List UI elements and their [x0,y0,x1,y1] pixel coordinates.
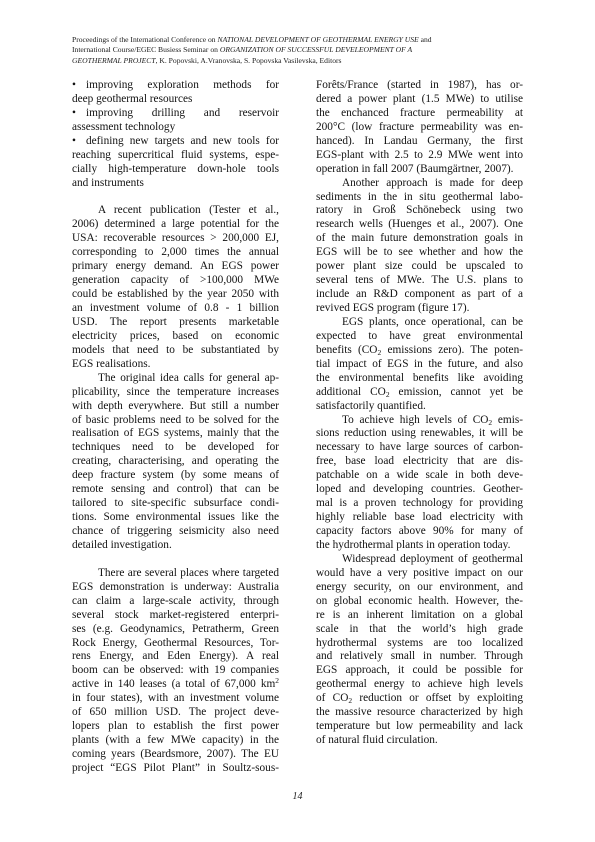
paragraph-spacer [72,553,279,567]
text-line: with depth everywhere. But still a numbe… [72,400,279,414]
text-line: tial impact of EGS in the future, and al… [316,358,523,372]
text-line: the enchanced fracture permeability at [316,107,523,121]
text-line: necessary to have large sources of carbo… [316,441,523,455]
text-line: Rock Energy, Geothermal Resources, Tor- [72,637,279,651]
text-line: dered a power plant (1.5 MWe) to utilise [316,93,523,107]
text-line: the environmental benefits like avoiding [316,372,523,386]
text-line: lopers plan to establish the first power [72,720,279,734]
paragraph-spacer [72,191,279,205]
body-paragraph: To achieve high levels of CO2 emis-sions… [316,414,523,553]
body-paragraph: There are several places where targetedE… [72,567,279,776]
text-line: primary energy demand. An EGS power [72,260,279,274]
text-line: an investment volume of 0.8 - 1 billion [72,302,279,316]
text-line: •defining new targets and new tools for [72,135,279,149]
text-line: corresponding to 2,000 times the annual [72,246,279,260]
text-line: EGS will be to see whether and how the [316,246,523,260]
text-line: operation in fall 2007 (Baumgärtner, 200… [316,163,523,177]
text-line: Widespread deployment of geothermal [316,553,523,567]
text-line: EGS approach, it could be possible for [316,664,523,678]
text-line: can claim a large-scale activity, throug… [72,595,279,609]
proceedings-header: Proceedings of the International Confere… [72,35,532,66]
text-line: re is an inherent limitation on a global [316,609,523,623]
text-line: The original idea calls for general ap- [72,372,279,386]
text-line: energy security, on our environment, and [316,581,523,595]
text-line: coming years (Beardsmore, 2007). The EU [72,748,279,762]
bullet-icon: • [72,135,86,149]
text-line: of CO2 reduction or offset by exploiting [316,692,523,706]
left-column: •improving exploration methods fordeep g… [72,79,279,776]
bullet-icon: • [72,79,86,93]
text-line: •improving exploration methods for [72,79,279,93]
text-line: several tens of MWe. The U.S. plans to [316,274,523,288]
text-line: mal is a proven technology for providing [316,497,523,511]
text-line: the hydrothermal plants in operation tod… [316,539,523,553]
body-paragraph: The original idea calls for general ap-p… [72,372,279,553]
body-paragraph: EGS plants, once operational, can beexpe… [316,316,523,414]
body-paragraph: A recent publication (Tester et al.,2006… [72,204,279,371]
text-line: active in 140 leases (a total of 67,000 … [72,678,279,692]
text-line: generation capacity of >100,000 MWe [72,274,279,288]
body-paragraph: Widespread deployment of geothermalwould… [316,553,523,748]
text-line: chance of triggering seismicity also nee… [72,525,279,539]
text-line: hydrothermal systems are too localized [316,637,523,651]
text-line: ratory in Groß Schönebeck using two [316,204,523,218]
text-line: on global economic health. However, the- [316,595,523,609]
bullet-item: •defining new targets and new tools forr… [72,135,279,191]
text-line: loped and developing countries. Geother- [316,483,523,497]
text-line: There are several places where targeted [72,567,279,581]
text-line: USD. The report presents marketable [72,316,279,330]
text-line: sediments in the in situ geothermal labo… [316,191,523,205]
text-line: temperature but low permeability and lac… [316,720,523,734]
text-line: research wells (Huenges et al., 2007). O… [316,218,523,232]
text-line: deep geothermal resources [72,93,279,107]
text-line: additional CO2 emission, cannot yet be [316,386,523,400]
text-line: patchable on a wide scale in both deve- [316,469,523,483]
text-line: A recent publication (Tester et al., [72,204,279,218]
text-line: of the main future demonstration goals i… [316,232,523,246]
text-line: highly reliable base load electricity wi… [316,511,523,525]
text-line: Forêts/France (started in 1987), has or- [316,79,523,93]
text-line: cially high-temperature down-hole tools [72,163,279,177]
text-line: realisation of EGS systems, mainly that … [72,427,279,441]
text-line: hanced). In Landau Germany, the first [316,135,523,149]
text-line: benefits (CO2 emissions zero). The poten… [316,344,523,358]
text-line: the massive resource characterized by hi… [316,706,523,720]
text-line: assessment technology [72,121,279,135]
text-line: plicability, since the temperature incre… [72,386,279,400]
text-line: creating, characterising, and operating … [72,455,279,469]
text-line: satisfactorily quantified. [316,400,523,414]
text-line: deep fracture system (by some means of [72,469,279,483]
bullet-icon: • [72,107,86,121]
text-line: tions. Some environmental issues like th… [72,511,279,525]
page-number: 14 [0,791,595,802]
header-line: International Course/EGEC Busiess Semina… [72,45,532,55]
body-paragraph: Forêts/France (started in 1987), has or-… [316,79,523,177]
text-line: ses (e.g. Geodynamics, Petratherm, Green [72,623,279,637]
text-line: •improving drilling and reservoir [72,107,279,121]
text-line: project “EGS Pilot Plant” in Soultz-sous… [72,762,279,776]
text-line: of natural fluid circulation. [316,734,523,748]
text-line: electricity prices, based on economic [72,330,279,344]
text-line: of 650 million USD. The project deve- [72,706,279,720]
text-line: USA: recoverable resources > 200,000 EJ, [72,232,279,246]
text-line: reaching supercritical fluid systems, es… [72,149,279,163]
text-line: several stock market-registered enterpri… [72,609,279,623]
text-line: scale in that the world’s high grade [316,623,523,637]
text-line: EGS-plant with 2.5 to 2.9 MWe went into [316,149,523,163]
right-column: Forêts/France (started in 1987), has or-… [316,79,523,748]
text-line: detailed investigation. [72,539,279,553]
text-line: could be established by the year 2050 wi… [72,288,279,302]
text-line: and instruments [72,177,279,191]
text-line: sions reduction using renewables, it wil… [316,427,523,441]
text-line: models that need to be substantiated by [72,344,279,358]
text-line: free, base load electricity that are dis… [316,455,523,469]
text-line: expected to have great environmental [316,330,523,344]
text-line: 200°C (low fracture permeability was en- [316,121,523,135]
body-paragraph: Another approach is made for deepsedimen… [316,177,523,316]
bullet-item: •improving drilling and reservoirassessm… [72,107,279,135]
bullet-item: •improving exploration methods fordeep g… [72,79,279,107]
text-line: capacity factors above 90% for many of [316,525,523,539]
text-line: boom can be observed: with 19 companies [72,664,279,678]
text-line: To achieve high levels of CO2 emis- [316,414,523,428]
text-line: rens Energy, and Eden Energy). A real [72,650,279,664]
text-line: would have a very positive impact on our [316,567,523,581]
text-line: EGS demonstration is underway: Australia [72,581,279,595]
text-line: include an R&D component as part of a [316,288,523,302]
text-line: Another approach is made for deep [316,177,523,191]
text-line: revived EGS program (figure 17). [316,302,523,316]
text-line: of basic problems need to be solved for … [72,414,279,428]
text-line: 2006) determined a large potential for t… [72,218,279,232]
text-line: plants (with a few MWe capacity) in the [72,734,279,748]
text-line: remote sensing and control) that can be [72,483,279,497]
header-line: Proceedings of the International Confere… [72,35,532,45]
text-line: geothermal energy to achieve high levels [316,678,523,692]
text-line: EGS realisations. [72,358,279,372]
text-line: power plant size could be upscaled to [316,260,523,274]
text-line: and relatively small in number. Through [316,650,523,664]
text-line: techniques need to be developed for [72,441,279,455]
text-line: EGS plants, once operational, can be [316,316,523,330]
header-line: GEOTHERMAL PROJECT, K. Popovski, A.Vrano… [72,56,532,66]
text-line: in four states), with an investment volu… [72,692,279,706]
text-line: tailored to site-specific subsurface con… [72,497,279,511]
